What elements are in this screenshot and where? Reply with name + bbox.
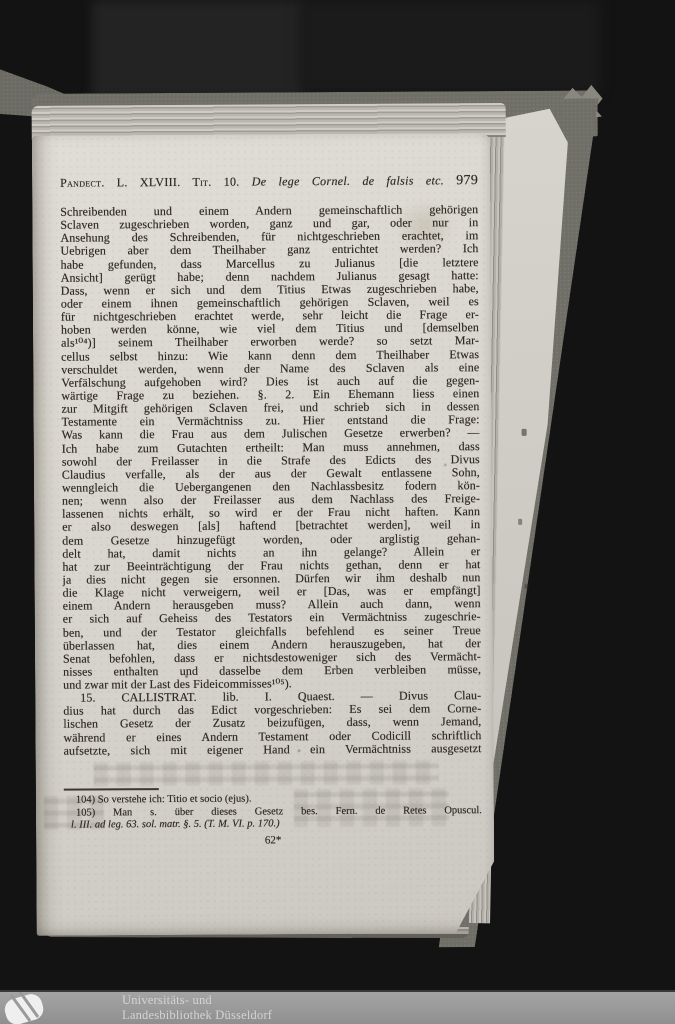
bleedthrough-mark [525,584,529,589]
footnote-rule [64,788,159,791]
library-logo-icon [2,992,48,1024]
library-banner: Universitäts- und Landesbibliothek Düsse… [0,990,675,1024]
footnote-line: l. III. ad leg. 63. sol. matr. §. 5. (T.… [64,817,482,832]
book-page: Pandect. L. XLVIII. Tit. 10. De lege Cor… [32,133,495,936]
book: Pandect. L. XLVIII. Tit. 10. De lege Cor… [0,0,675,992]
library-name: Universitäts- und Landesbibliothek Düsse… [122,993,272,1023]
scan-viewport: Pandect. L. XLVIII. Tit. 10. De lege Cor… [0,0,675,1024]
bleedthrough-artifact [94,760,439,786]
page-number: 979 [456,173,478,188]
running-head-title: Pandect. L. XLVIII. Tit. 10. [60,175,240,190]
page-body-text: Schreibenden und einem Andern gemeinscha… [60,203,481,757]
bleedthrough-mark [518,519,522,525]
library-name-line1: Universitäts- und [122,993,272,1008]
signature-mark: 62* [64,833,482,848]
running-head: Pandect. L. XLVIII. Tit. 10. De lege Cor… [60,173,478,192]
body-line: nisses enthalten und dasselbe dem Erben … [63,663,481,679]
body-line: aufsetzte, sich mit eigener Hand ein Ver… [64,742,482,758]
library-name-line2: Landesbibliothek Düsseldorf [122,1008,272,1023]
footnotes: 104) So verstehe ich: Titio et socio (ej… [64,792,482,832]
bleedthrough-mark [522,429,527,436]
running-head-subtitle: De lege Cornel. de falsis etc. [252,173,444,188]
